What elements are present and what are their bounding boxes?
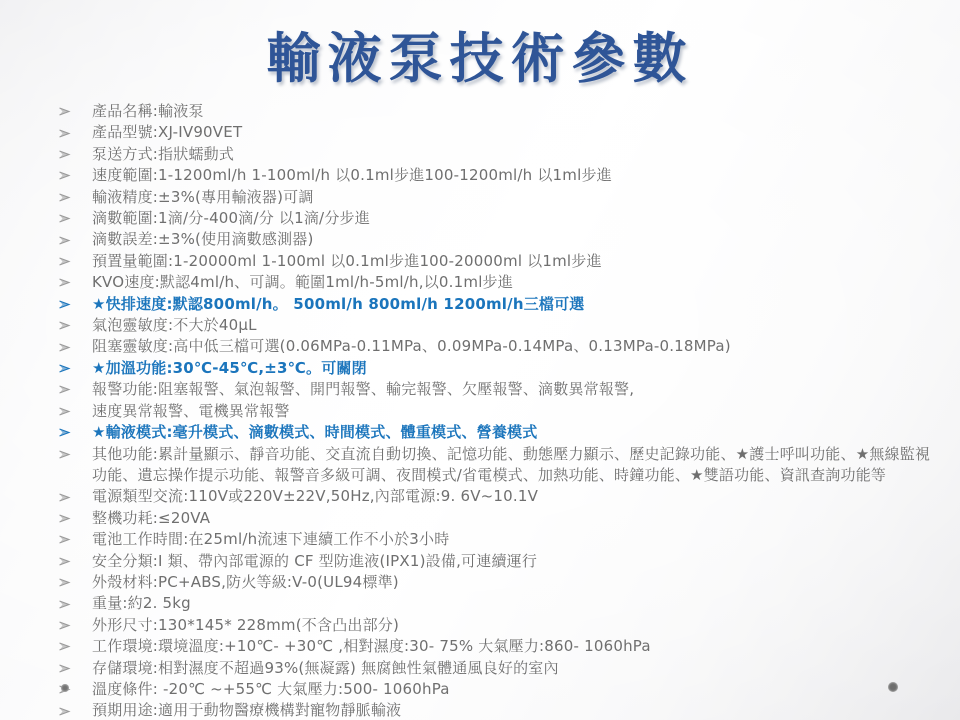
bullet-text: 泵送方式:指狀蠕動式 xyxy=(92,144,932,165)
arrow-bullet-icon xyxy=(58,379,92,400)
bullet-text: KVO速度:默認4ml/h、可調。範圍1ml/h-5ml/h,以0.1ml步進 xyxy=(92,272,932,293)
bullet-text: 工作環境:環境溫度:+10℃- +30℃ ,相對濕度:30- 75% 大氣壓力:… xyxy=(92,636,932,657)
arrow-bullet-icon xyxy=(58,615,92,636)
list-item: 電源類型交流:110V或220V±22V,50Hz,內部電源:9. 6V~10.… xyxy=(58,486,932,507)
list-item: 速度範圍:1-1200ml/h 1-100ml/h 以0.1ml步進100-12… xyxy=(58,165,932,186)
list-item: ★輸液模式:毫升模式、滴數模式、時間模式、體重模式、營養模式 xyxy=(58,422,932,443)
list-item: KVO速度:默認4ml/h、可調。範圍1ml/h-5ml/h,以0.1ml步進 xyxy=(58,272,932,293)
list-item: 存儲環境:相對濕度不超過93%(無凝露) 無腐蝕性氣體通風良好的室內 xyxy=(58,658,932,679)
bullet-text: 整機功耗:≤20VA xyxy=(92,508,932,529)
list-item: 滴數範圍:1滴/分-400滴/分 以1滴/分步進 xyxy=(58,208,932,229)
bullet-text: 阻塞靈敏度:高中低三檔可選(0.06MPa-0.11MPa、0.09MPa-0.… xyxy=(92,336,932,357)
arrow-bullet-icon xyxy=(58,187,92,208)
arrow-bullet-icon xyxy=(58,294,92,315)
bullet-text: 存儲環境:相對濕度不超過93%(無凝露) 無腐蝕性氣體通風良好的室內 xyxy=(92,658,932,679)
bullet-text: 其他功能:累計量顯示、靜音功能、交直流自動切換、記憶功能、動態壓力顯示、歷史記錄… xyxy=(92,444,932,487)
list-item: 產品名稱:輸液泵 xyxy=(58,101,932,122)
list-item: 溫度條件: -20℃ ~+55℃ 大氣壓力:500- 1060hPa xyxy=(58,679,932,700)
list-item: 整機功耗:≤20VA xyxy=(58,508,932,529)
arrow-bullet-icon xyxy=(58,572,92,593)
arrow-bullet-icon xyxy=(58,551,92,572)
list-item: 氣泡靈敏度:不大於40μL xyxy=(58,315,932,336)
arrow-bullet-icon xyxy=(58,229,92,250)
list-item: 滴數誤差:±3%(使用滴數感測器) xyxy=(58,229,932,250)
list-item: 電池工作時間:在25ml/h流速下連續工作不小於3小時 xyxy=(58,529,932,550)
bullet-text: ★加溫功能:30℃-45℃,±3℃。可關閉 xyxy=(92,358,932,379)
arrow-bullet-icon xyxy=(58,529,92,550)
bullet-text: 滴數誤差:±3%(使用滴數感測器) xyxy=(92,229,932,250)
bullet-text: 電源類型交流:110V或220V±22V,50Hz,內部電源:9. 6V~10.… xyxy=(92,486,932,507)
bullet-text: 滴數範圍:1滴/分-400滴/分 以1滴/分步進 xyxy=(92,208,932,229)
arrow-bullet-icon xyxy=(58,486,92,507)
arrow-bullet-icon xyxy=(58,508,92,529)
arrow-bullet-icon xyxy=(58,315,92,336)
bullet-text: 電池工作時間:在25ml/h流速下連續工作不小於3小時 xyxy=(92,529,932,550)
bullet-text: 預期用途:適用于動物醫療機構對寵物靜脈輸液 xyxy=(92,700,932,720)
decorative-dot-left xyxy=(61,684,69,692)
arrow-bullet-icon xyxy=(58,251,92,272)
arrow-bullet-icon xyxy=(58,208,92,229)
bullet-text: 速度範圍:1-1200ml/h 1-100ml/h 以0.1ml步進100-12… xyxy=(92,165,932,186)
list-item: ★快排速度:默認800ml/h。 500ml/h 800ml/h 1200ml/… xyxy=(58,294,932,315)
list-item: 輸液精度:±3%(專用輸液器)可調 xyxy=(58,187,932,208)
list-item: 其他功能:累計量顯示、靜音功能、交直流自動切換、記憶功能、動態壓力顯示、歷史記錄… xyxy=(58,444,932,487)
list-item: 預置量範圍:1-20000ml 1-100ml 以0.1ml步進100-2000… xyxy=(58,251,932,272)
list-item: ★加溫功能:30℃-45℃,±3℃。可關閉 xyxy=(58,358,932,379)
list-item: 泵送方式:指狀蠕動式 xyxy=(58,144,932,165)
arrow-bullet-icon xyxy=(58,144,92,165)
arrow-bullet-icon xyxy=(58,358,92,379)
bullet-text: ★快排速度:默認800ml/h。 500ml/h 800ml/h 1200ml/… xyxy=(92,294,932,315)
list-item: 產品型號:XJ-IV90VET xyxy=(58,122,932,143)
slide: 輸液泵技術參數 產品名稱:輸液泵 產品型號:XJ-IV90VET 泵送方式:指狀… xyxy=(0,0,960,720)
arrow-bullet-icon xyxy=(58,444,92,465)
bullet-text: 輸液精度:±3%(專用輸液器)可調 xyxy=(92,187,932,208)
list-item: 預期用途:適用于動物醫療機構對寵物靜脈輸液 xyxy=(58,700,932,720)
decorative-dot-right xyxy=(888,682,898,692)
bullet-text: 報警功能:阻塞報警、氣泡報警、開門報警、輸完報警、欠壓報警、滴數異常報警, xyxy=(92,379,932,400)
bullet-text: 重量:約2. 5kg xyxy=(92,593,932,614)
bullet-text: 產品型號:XJ-IV90VET xyxy=(92,122,932,143)
list-item: 阻塞靈敏度:高中低三檔可選(0.06MPa-0.11MPa、0.09MPa-0.… xyxy=(58,336,932,357)
arrow-bullet-icon xyxy=(58,101,92,122)
list-item: 安全分類:I 類、帶內部電源的 CF 型防進液(IPX1)設備,可連續運行 xyxy=(58,551,932,572)
bullet-text: 溫度條件: -20℃ ~+55℃ 大氣壓力:500- 1060hPa xyxy=(92,679,932,700)
page-title: 輸液泵技術參數 xyxy=(0,16,960,93)
bullet-text: ★輸液模式:毫升模式、滴數模式、時間模式、體重模式、營養模式 xyxy=(92,422,932,443)
list-item: 速度異常報警、電機異常報警 xyxy=(58,401,932,422)
arrow-bullet-icon xyxy=(58,422,92,443)
bullet-list: 產品名稱:輸液泵 產品型號:XJ-IV90VET 泵送方式:指狀蠕動式 速度範圍… xyxy=(58,101,932,720)
bullet-text: 氣泡靈敏度:不大於40μL xyxy=(92,315,932,336)
arrow-bullet-icon xyxy=(58,658,92,679)
arrow-bullet-icon xyxy=(58,165,92,186)
bullet-text: 速度異常報警、電機異常報警 xyxy=(92,401,932,422)
arrow-bullet-icon xyxy=(58,272,92,293)
bullet-text: 產品名稱:輸液泵 xyxy=(92,101,932,122)
list-item: 工作環境:環境溫度:+10℃- +30℃ ,相對濕度:30- 75% 大氣壓力:… xyxy=(58,636,932,657)
list-item: 外殼材料:PC+ABS,防火等級:V-0(UL94標準) xyxy=(58,572,932,593)
arrow-bullet-icon xyxy=(58,593,92,614)
list-item: 重量:約2. 5kg xyxy=(58,593,932,614)
bullet-text: 外形尺寸:130*145* 228mm(不含凸出部分) xyxy=(92,615,932,636)
arrow-bullet-icon xyxy=(58,636,92,657)
arrow-bullet-icon xyxy=(58,401,92,422)
list-item: 報警功能:阻塞報警、氣泡報警、開門報警、輸完報警、欠壓報警、滴數異常報警, xyxy=(58,379,932,400)
arrow-bullet-icon xyxy=(58,336,92,357)
arrow-bullet-icon xyxy=(58,122,92,143)
list-item: 外形尺寸:130*145* 228mm(不含凸出部分) xyxy=(58,615,932,636)
arrow-bullet-icon xyxy=(58,700,92,720)
bullet-text: 外殼材料:PC+ABS,防火等級:V-0(UL94標準) xyxy=(92,572,932,593)
bullet-text: 安全分類:I 類、帶內部電源的 CF 型防進液(IPX1)設備,可連續運行 xyxy=(92,551,932,572)
bullet-text: 預置量範圍:1-20000ml 1-100ml 以0.1ml步進100-2000… xyxy=(92,251,932,272)
